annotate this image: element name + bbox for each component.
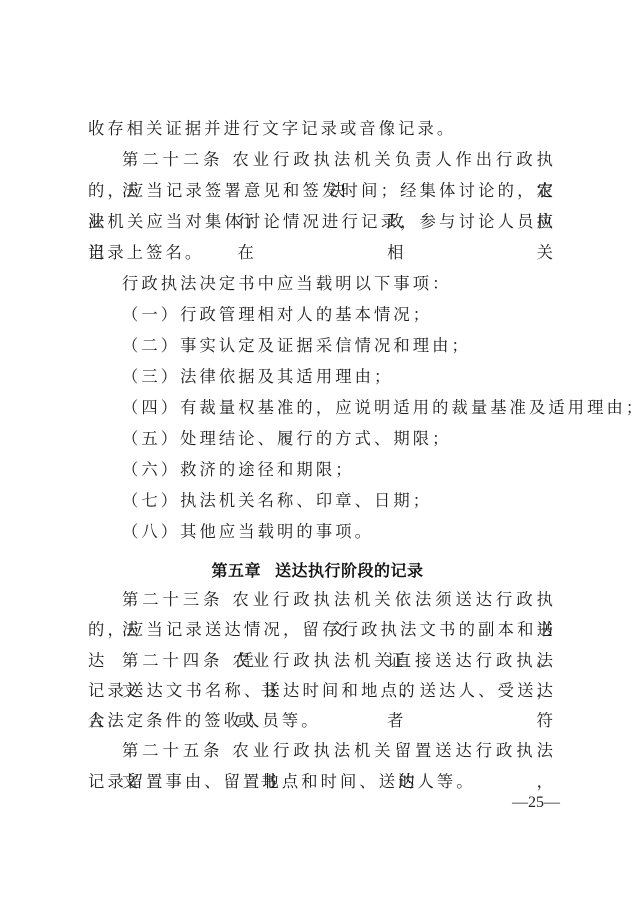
page-number: —25— [500, 794, 560, 812]
chapter-title: 送达执行阶段的记录 [275, 561, 424, 580]
list-item: （六）救济的途径和期限； [88, 454, 556, 485]
list-item: （一）行政管理相对人的基本情况； [88, 299, 556, 330]
list-item: （八）其他应当载明的事项。 [88, 516, 556, 547]
chapter-heading: 第五章送达执行阶段的记录 [0, 556, 635, 586]
paragraph-line: 记录送达文书名称、送达时间和地点、送达人、受送达人或者符 [88, 676, 556, 706]
paragraph-line: 的，应当记录签署意见和签发时间；经集体讨论的，农业行政执 [88, 175, 556, 206]
list-item: （七）执法机关名称、印章、日期； [88, 485, 556, 516]
list-item: （二）事实认定及证据采信情况和理由； [88, 330, 556, 361]
article-22-line: 第二十二条 农业行政执法机关负责人作出行政执法决定 [88, 144, 556, 175]
body-text-block-lower: 第二十三条 农业行政执法机关依法须送达行政执法文书 的，应当记录送达情况，留存行… [88, 585, 556, 797]
paragraph-line: 收存相关证据并进行文字记录或音像记录。 [88, 113, 556, 144]
chapter-number: 第五章 [211, 561, 261, 580]
body-text-block-upper: 收存相关证据并进行文字记录或音像记录。 第二十二条 农业行政执法机关负责人作出行… [88, 113, 556, 547]
document-page: 收存相关证据并进行文字记录或音像记录。 第二十二条 农业行政执法机关负责人作出行… [0, 0, 635, 898]
article-23-line: 第二十三条 农业行政执法机关依法须送达行政执法文书 [88, 585, 556, 615]
list-item: （四）有裁量权基准的，应说明适用的裁量基准及适用理由； [88, 392, 556, 423]
list-item: （三）法律依据及其适用理由； [88, 361, 556, 392]
paragraph-line: 的，应当记录送达情况，留存行政执法文书的副本和送达凭证。 [88, 615, 556, 645]
article-25-line: 第二十五条 农业行政执法机关留置送达行政执法文书的， [88, 736, 556, 766]
paragraph-line: 法机关应当对集体讨论情况进行记录，参与讨论人员应当在相关 [88, 206, 556, 237]
list-intro-line: 行政执法决定书中应当载明以下事项： [88, 268, 556, 299]
article-24-line: 第二十四条 农业行政执法机关直接送达行政执法文书的， [88, 646, 556, 676]
list-item: （五）处理结论、履行的方式、期限； [88, 423, 556, 454]
